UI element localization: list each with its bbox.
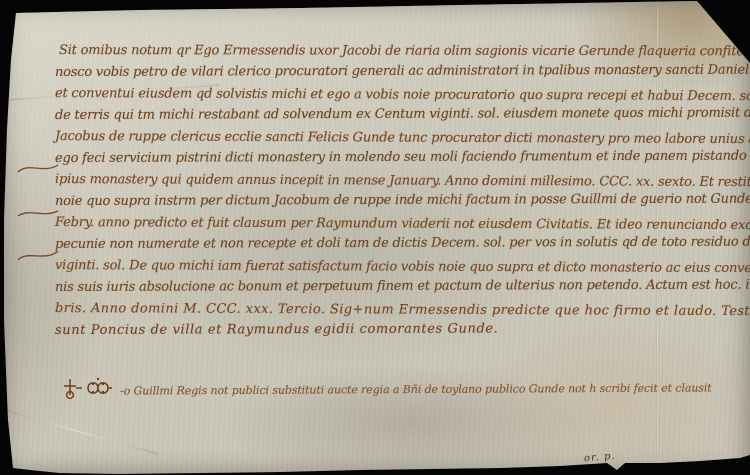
manuscript-line: nis suis iuris absolucione ac bonum et p… — [55, 274, 727, 298]
manuscript-line: ego feci servicium pistrini dicti monast… — [55, 145, 727, 169]
manuscript-line: nosco vobis petro de vilari clerico proc… — [55, 59, 727, 83]
manuscript-line: de terris qui tm michi restabant ad solv… — [55, 102, 727, 126]
notarial-subscription: -o Guillmi Regis not publici substituti … — [62, 376, 712, 402]
notarial-signum-icon — [62, 376, 114, 402]
notarial-line: -o Guillmi Regis not publici substituti … — [120, 381, 712, 397]
pen-flourish-icon — [16, 160, 60, 176]
manuscript-line: sunt Poncius de villa et Raymundus egidi… — [55, 317, 727, 341]
fold-crease-bottom-left — [0, 407, 159, 456]
pen-flourish-icon — [16, 205, 60, 221]
manuscript-text-block: Sit omibus notum qr Ego Ermessendis uxor… — [55, 40, 727, 341]
manuscript-line: pecunie non numerate et non recepte et d… — [55, 231, 727, 255]
archival-mark: or. p. — [584, 451, 616, 465]
pen-flourish-icon — [16, 247, 60, 263]
parchment-sheet: Sit omibus notum qr Ego Ermessendis uxor… — [0, 0, 750, 475]
manuscript-line: noie quo supra instrm per dictum Jacobum… — [55, 188, 727, 212]
manuscript-photo: Sit omibus notum qr Ego Ermessendis uxor… — [0, 0, 750, 475]
